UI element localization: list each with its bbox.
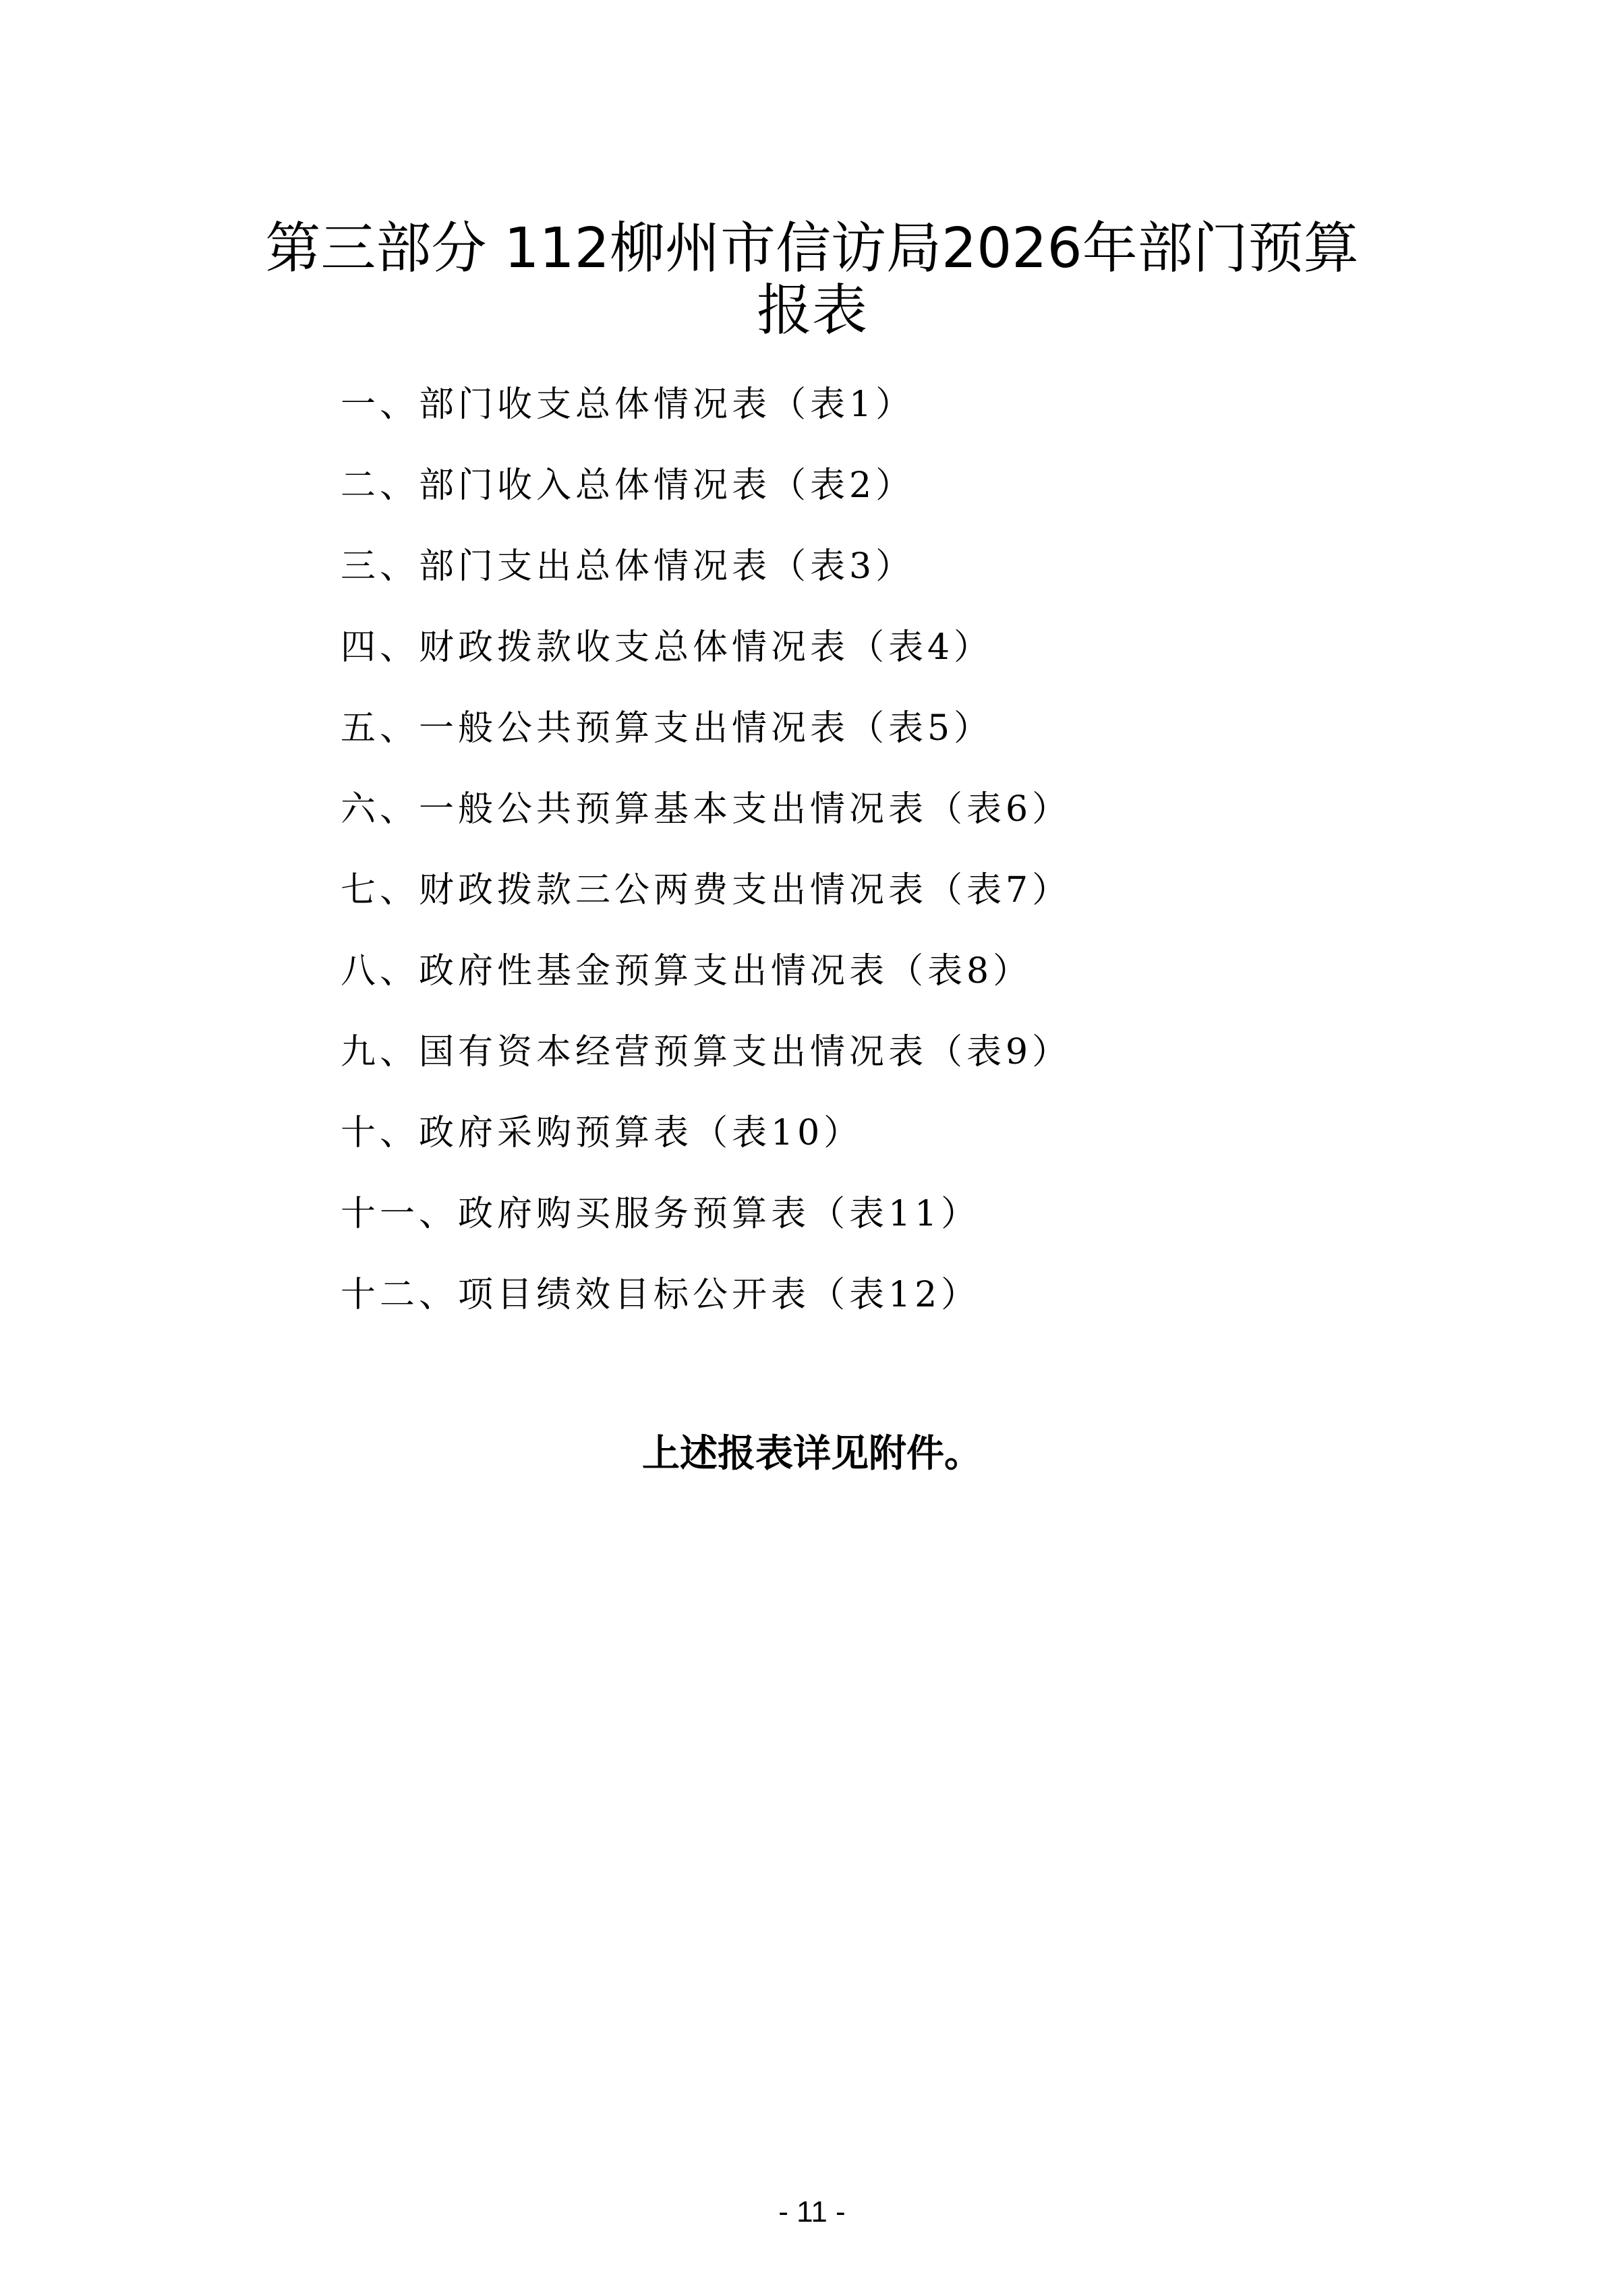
- toc-item: 十二、项目绩效目标公开表（表12）: [341, 1269, 1071, 1350]
- page-title-line-1: 第三部分 112柳州市信访局2026年部门预算: [0, 218, 1624, 280]
- toc-item: 五、一般公共预算支出情况表（表5）: [341, 703, 1071, 784]
- toc-item: 十一、政府购买服务预算表（表11）: [341, 1188, 1071, 1269]
- table-of-contents: 一、部门收支总体情况表（表1） 二、部门收入总体情况表（表2） 三、部门支出总体…: [341, 379, 1071, 1350]
- page-title-line-2: 报表: [0, 280, 1624, 342]
- page-title: 第三部分 112柳州市信访局2026年部门预算 报表: [0, 218, 1624, 342]
- toc-item: 三、部门支出总体情况表（表3）: [341, 541, 1071, 622]
- attachment-note: 上述报表详见附件。: [0, 1429, 1624, 1480]
- toc-item: 四、财政拨款收支总体情况表（表4）: [341, 622, 1071, 703]
- toc-item: 十、政府采购预算表（表10）: [341, 1107, 1071, 1188]
- toc-item: 二、部门收入总体情况表（表2）: [341, 460, 1071, 541]
- toc-item: 一、部门收支总体情况表（表1）: [341, 379, 1071, 460]
- page-number: - 11 -: [0, 2193, 1624, 2231]
- toc-item: 八、政府性基金预算支出情况表（表8）: [341, 946, 1071, 1027]
- toc-item: 七、财政拨款三公两费支出情况表（表7）: [341, 865, 1071, 946]
- toc-item: 九、国有资本经营预算支出情况表（表9）: [341, 1027, 1071, 1107]
- toc-item: 六、一般公共预算基本支出情况表（表6）: [341, 784, 1071, 865]
